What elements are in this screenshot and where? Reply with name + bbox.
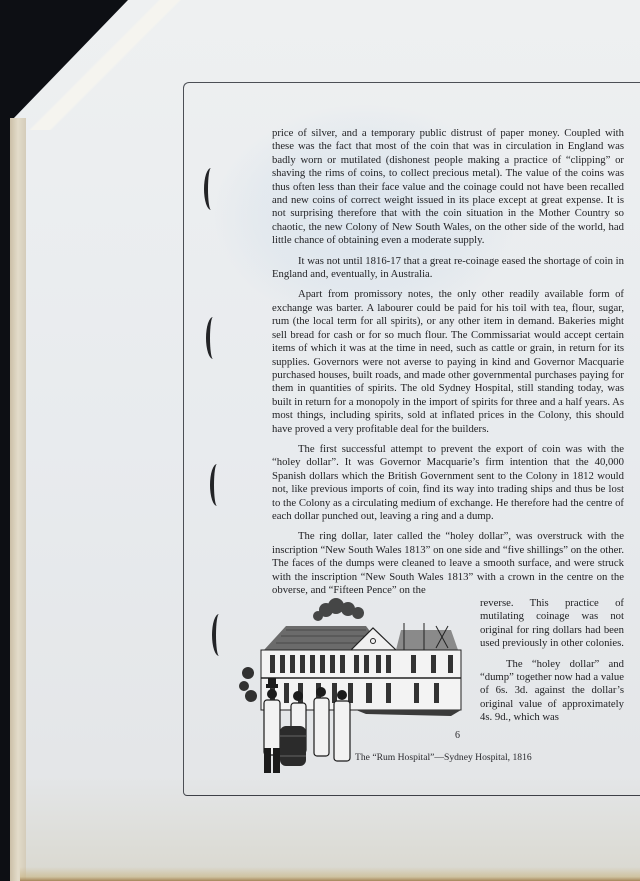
paragraph: Apart from promissory notes, the only ot… (272, 288, 624, 435)
paragraph: reverse. This practice of mutilating coi… (480, 597, 624, 651)
paragraph: The first successful attempt to prevent … (272, 443, 624, 523)
paragraph: The ring dollar, later called the “holey… (272, 530, 624, 597)
page-edge (10, 118, 26, 881)
binding-hole-icon (204, 168, 218, 210)
page-stain (20, 867, 640, 881)
binding-hole-icon (210, 464, 224, 506)
figure-caption: The “Rum Hospital”—Sydney Hospital, 1816 (355, 752, 532, 763)
paragraph: The “holey dollar” and “dump” together n… (480, 658, 624, 725)
body-text: price of silver, and a temporary public … (272, 127, 624, 604)
rum-hospital-illustration (236, 598, 466, 778)
paragraph: price of silver, and a temporary public … (272, 127, 624, 248)
page-number: 6 (455, 730, 460, 741)
wrapped-text: reverse. This practice of mutilating coi… (480, 597, 624, 732)
binding-hole-icon (212, 614, 226, 656)
binding-hole-icon (206, 317, 220, 359)
paragraph: It was not until 1816-17 that a great re… (272, 255, 624, 282)
